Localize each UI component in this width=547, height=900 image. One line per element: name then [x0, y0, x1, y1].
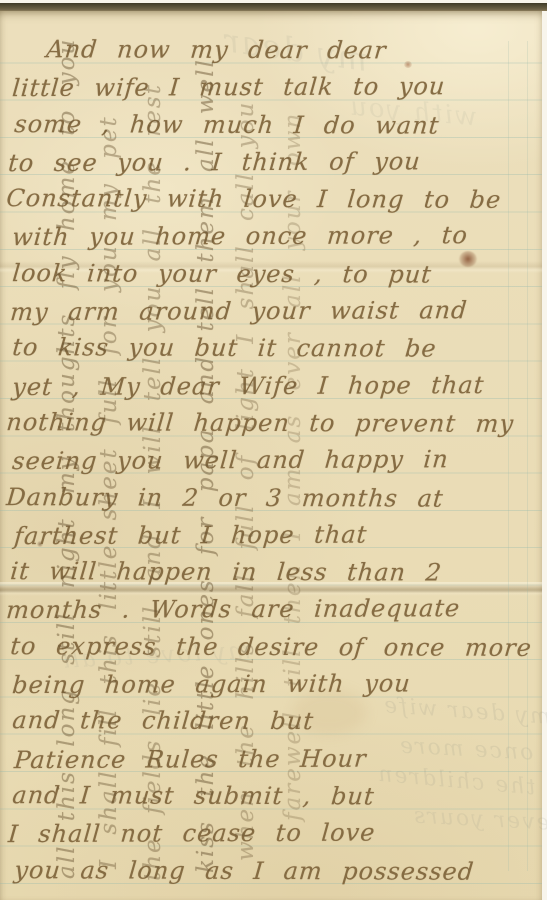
letter-line: And now my dear dear: [0, 35, 540, 74]
paper-top-edge-shadow: [0, 3, 547, 11]
cross-writing-column: I shall fill this little sheet full for …: [96, 115, 122, 869]
letter-line: Patience Rules the Hour: [0, 743, 540, 783]
letter-line: and I must submit , but: [0, 781, 540, 820]
ghost-show-through-text: my dear: [220, 21, 370, 79]
ghost-show-through-text: with you: [347, 91, 478, 132]
ink-blot-stain: [459, 251, 477, 267]
letter-line: my arm around your waist and: [0, 296, 540, 336]
cross-writing-column: all this long still night my thoughts fl…: [54, 38, 80, 879]
ghost-show-through-text: ever yours: [411, 803, 547, 835]
letter-line: to kiss you but it cannot be: [0, 333, 540, 372]
letter-line: seeing you well and happy in: [0, 445, 540, 485]
letter-line: to see you . I think of you: [0, 147, 540, 187]
letter-line: yet , My dear Wife I hope that: [0, 370, 540, 410]
letter-line: some , how much I do want: [0, 110, 540, 149]
letter-line: to express the desire of once more: [0, 632, 540, 671]
cross-writing-column: when the hills fall full of light I shal…: [233, 101, 259, 861]
foxing-spot: [37, 541, 43, 547]
ruled-lines: [0, 26, 542, 900]
letter-line: months . Words are inadequate: [0, 594, 540, 634]
letter-line: look into your eyes , to put: [0, 259, 540, 298]
letter-line: Constantly with love I long to be: [0, 184, 540, 223]
letter-page: my dearwith youmy love to allmy dear wif…: [0, 11, 542, 900]
cross-writing-column: kiss the little ones for papa and tell t…: [193, 58, 219, 873]
show-through-vertical-rule: [508, 41, 509, 871]
letter-line: you as long as I am possessed: [0, 856, 540, 895]
letter-line: it will happen in less than 2: [0, 557, 540, 596]
letter-line: with you home once more , to: [0, 221, 540, 261]
ghost-show-through-text: my dear wife: [381, 693, 547, 730]
foxing-spot: [404, 61, 412, 68]
letter-line: and the children but: [0, 706, 540, 745]
letter-body: And now my dear dearlittle wife I must t…: [0, 36, 538, 894]
cross-writing-column: farewell till then I am as ever all your…: [280, 112, 306, 821]
ghost-show-through-text: my love to all: [59, 636, 251, 674]
ghost-show-through-text: and the children: [375, 762, 547, 806]
scanned-letter: my dearwith youmy love to allmy dear wif…: [0, 0, 547, 900]
tea-stain: [292, 689, 366, 735]
show-through-vertical-rule: [527, 41, 528, 871]
ghost-show-through-text: once more: [397, 733, 534, 765]
letter-line: farthest but I hope that: [0, 520, 540, 560]
letter-line: little wife I must talk to you: [0, 72, 540, 112]
cross-writing-column: the fields lie still and I will tell you…: [140, 83, 166, 881]
letter-line: being home again with you: [0, 669, 540, 709]
fold-crease-lower: [0, 582, 542, 596]
letter-line: I shall not cease to love: [0, 818, 540, 858]
letter-line: nothing will happen to prevent my: [0, 408, 540, 447]
fold-crease-upper: [0, 261, 542, 273]
letter-line: Danbury in 2 or 3 months at: [0, 483, 540, 522]
